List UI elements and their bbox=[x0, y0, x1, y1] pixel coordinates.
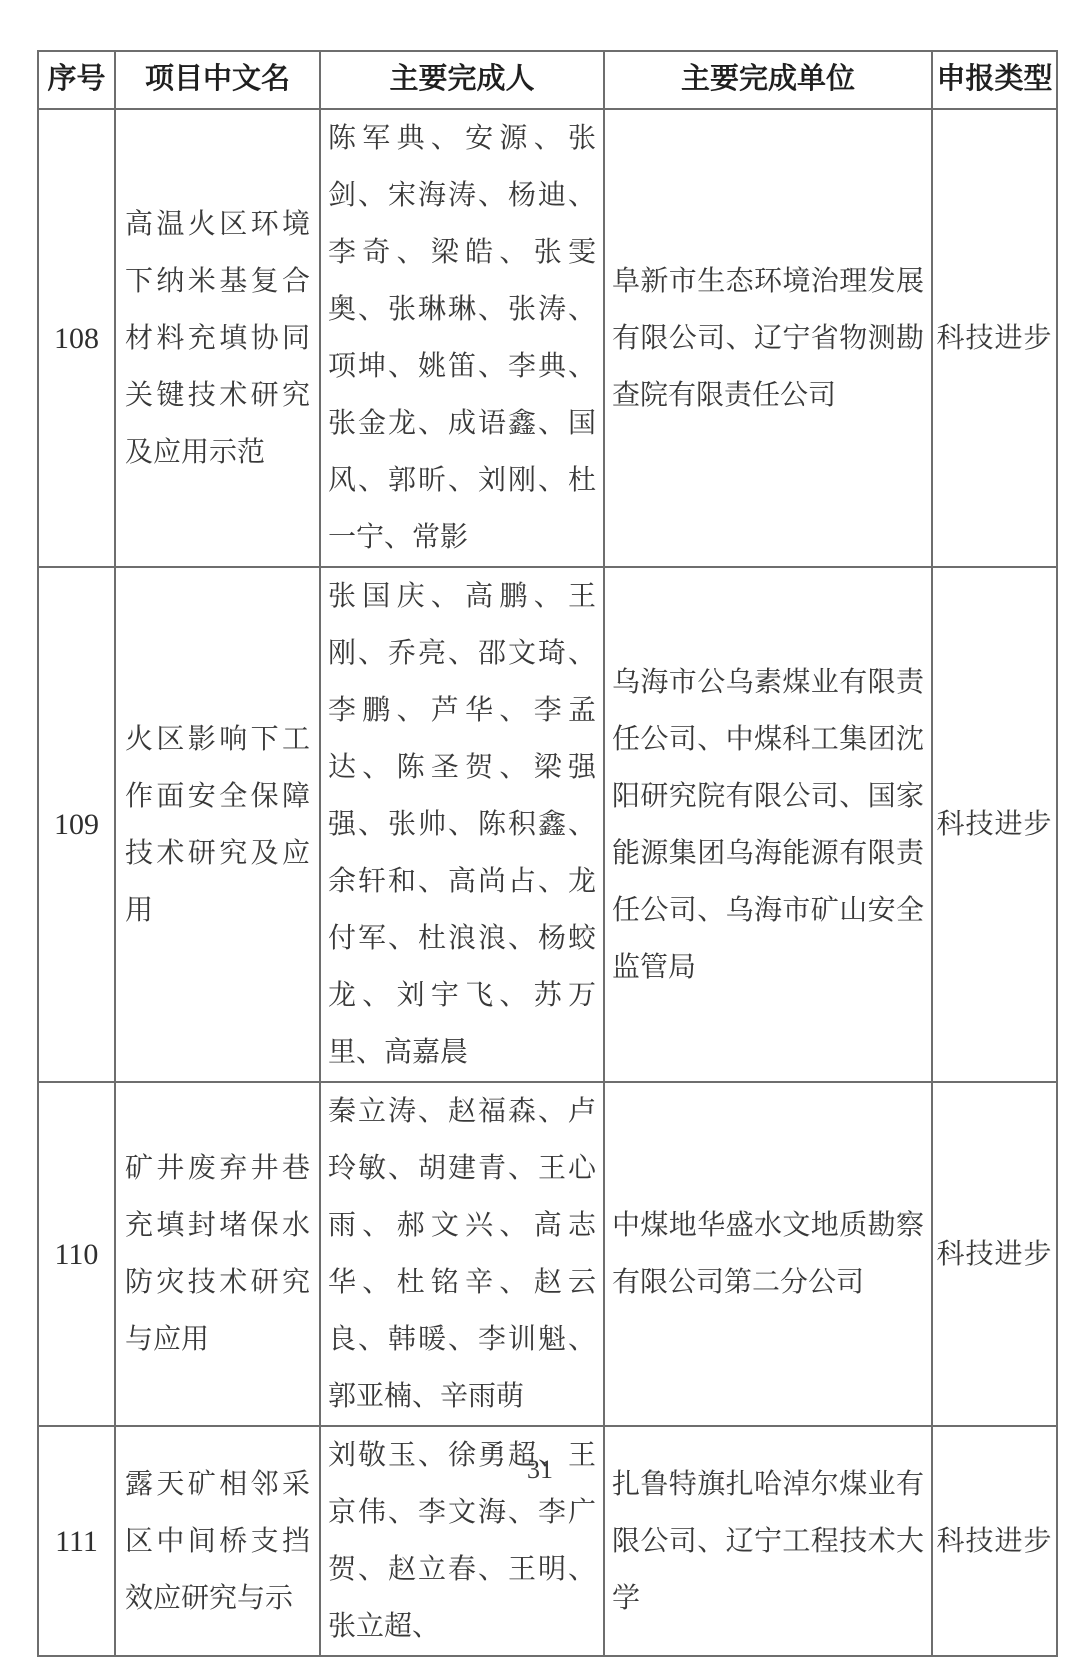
application-type-cell: 科技进步 bbox=[932, 1082, 1057, 1426]
header-application-type: 申报类型 bbox=[932, 51, 1057, 109]
table-row: 108 高温火区环境下纳米基复合材料充填协同关键技术研究及应用示范 陈军典、安源… bbox=[38, 109, 1057, 567]
organizations-cell: 阜新市生态环境治理发展有限公司、辽宁省物测勘查院有限责任公司 bbox=[604, 109, 932, 567]
page-number: 31 bbox=[0, 1455, 1080, 1485]
header-project-name: 项目中文名 bbox=[115, 51, 320, 109]
table-row: 110 矿井废弃井巷充填封堵保水防灾技术研究与应用 秦立涛、赵福森、卢玲敏、胡建… bbox=[38, 1082, 1057, 1426]
table-row: 109 火区影响下工作面安全保障技术研究及应用 张国庆、高鹏、王刚、乔亮、邵文琦… bbox=[38, 567, 1057, 1082]
header-serial-number: 序号 bbox=[38, 51, 115, 109]
project-name-cell: 火区影响下工作面安全保障技术研究及应用 bbox=[115, 567, 320, 1082]
row-number-cell: 108 bbox=[38, 109, 115, 567]
header-main-contributors: 主要完成人 bbox=[320, 51, 604, 109]
contributors-cell: 秦立涛、赵福森、卢玲敏、胡建青、王心雨、郝文兴、高志华、杜铭辛、赵云良、韩暖、李… bbox=[320, 1082, 604, 1426]
row-number-cell: 110 bbox=[38, 1082, 115, 1426]
organizations-cell: 中煤地华盛水文地质勘察有限公司第二分公司 bbox=[604, 1082, 932, 1426]
organizations-cell: 乌海市公乌素煤业有限责任公司、中煤科工集团沈阳研究院有限公司、国家能源集团乌海能… bbox=[604, 567, 932, 1082]
header-main-organizations: 主要完成单位 bbox=[604, 51, 932, 109]
project-name-cell: 矿井废弃井巷充填封堵保水防灾技术研究与应用 bbox=[115, 1082, 320, 1426]
project-name-cell: 高温火区环境下纳米基复合材料充填协同关键技术研究及应用示范 bbox=[115, 109, 320, 567]
header-row: 序号 项目中文名 主要完成人 主要完成单位 申报类型 bbox=[38, 51, 1057, 109]
contributors-cell: 张国庆、高鹏、王刚、乔亮、邵文琦、李鹏、芦华、李孟达、陈圣贺、梁强强、张帅、陈积… bbox=[320, 567, 604, 1082]
projects-table: 序号 项目中文名 主要完成人 主要完成单位 申报类型 108 高温火区环境下纳米… bbox=[37, 50, 1058, 1657]
application-type-cell: 科技进步 bbox=[932, 567, 1057, 1082]
row-number-cell: 109 bbox=[38, 567, 115, 1082]
contributors-cell: 陈军典、安源、张剑、宋海涛、杨迪、李奇、梁皓、张雯奥、张琳琳、张涛、项坤、姚笛、… bbox=[320, 109, 604, 567]
application-type-cell: 科技进步 bbox=[932, 109, 1057, 567]
